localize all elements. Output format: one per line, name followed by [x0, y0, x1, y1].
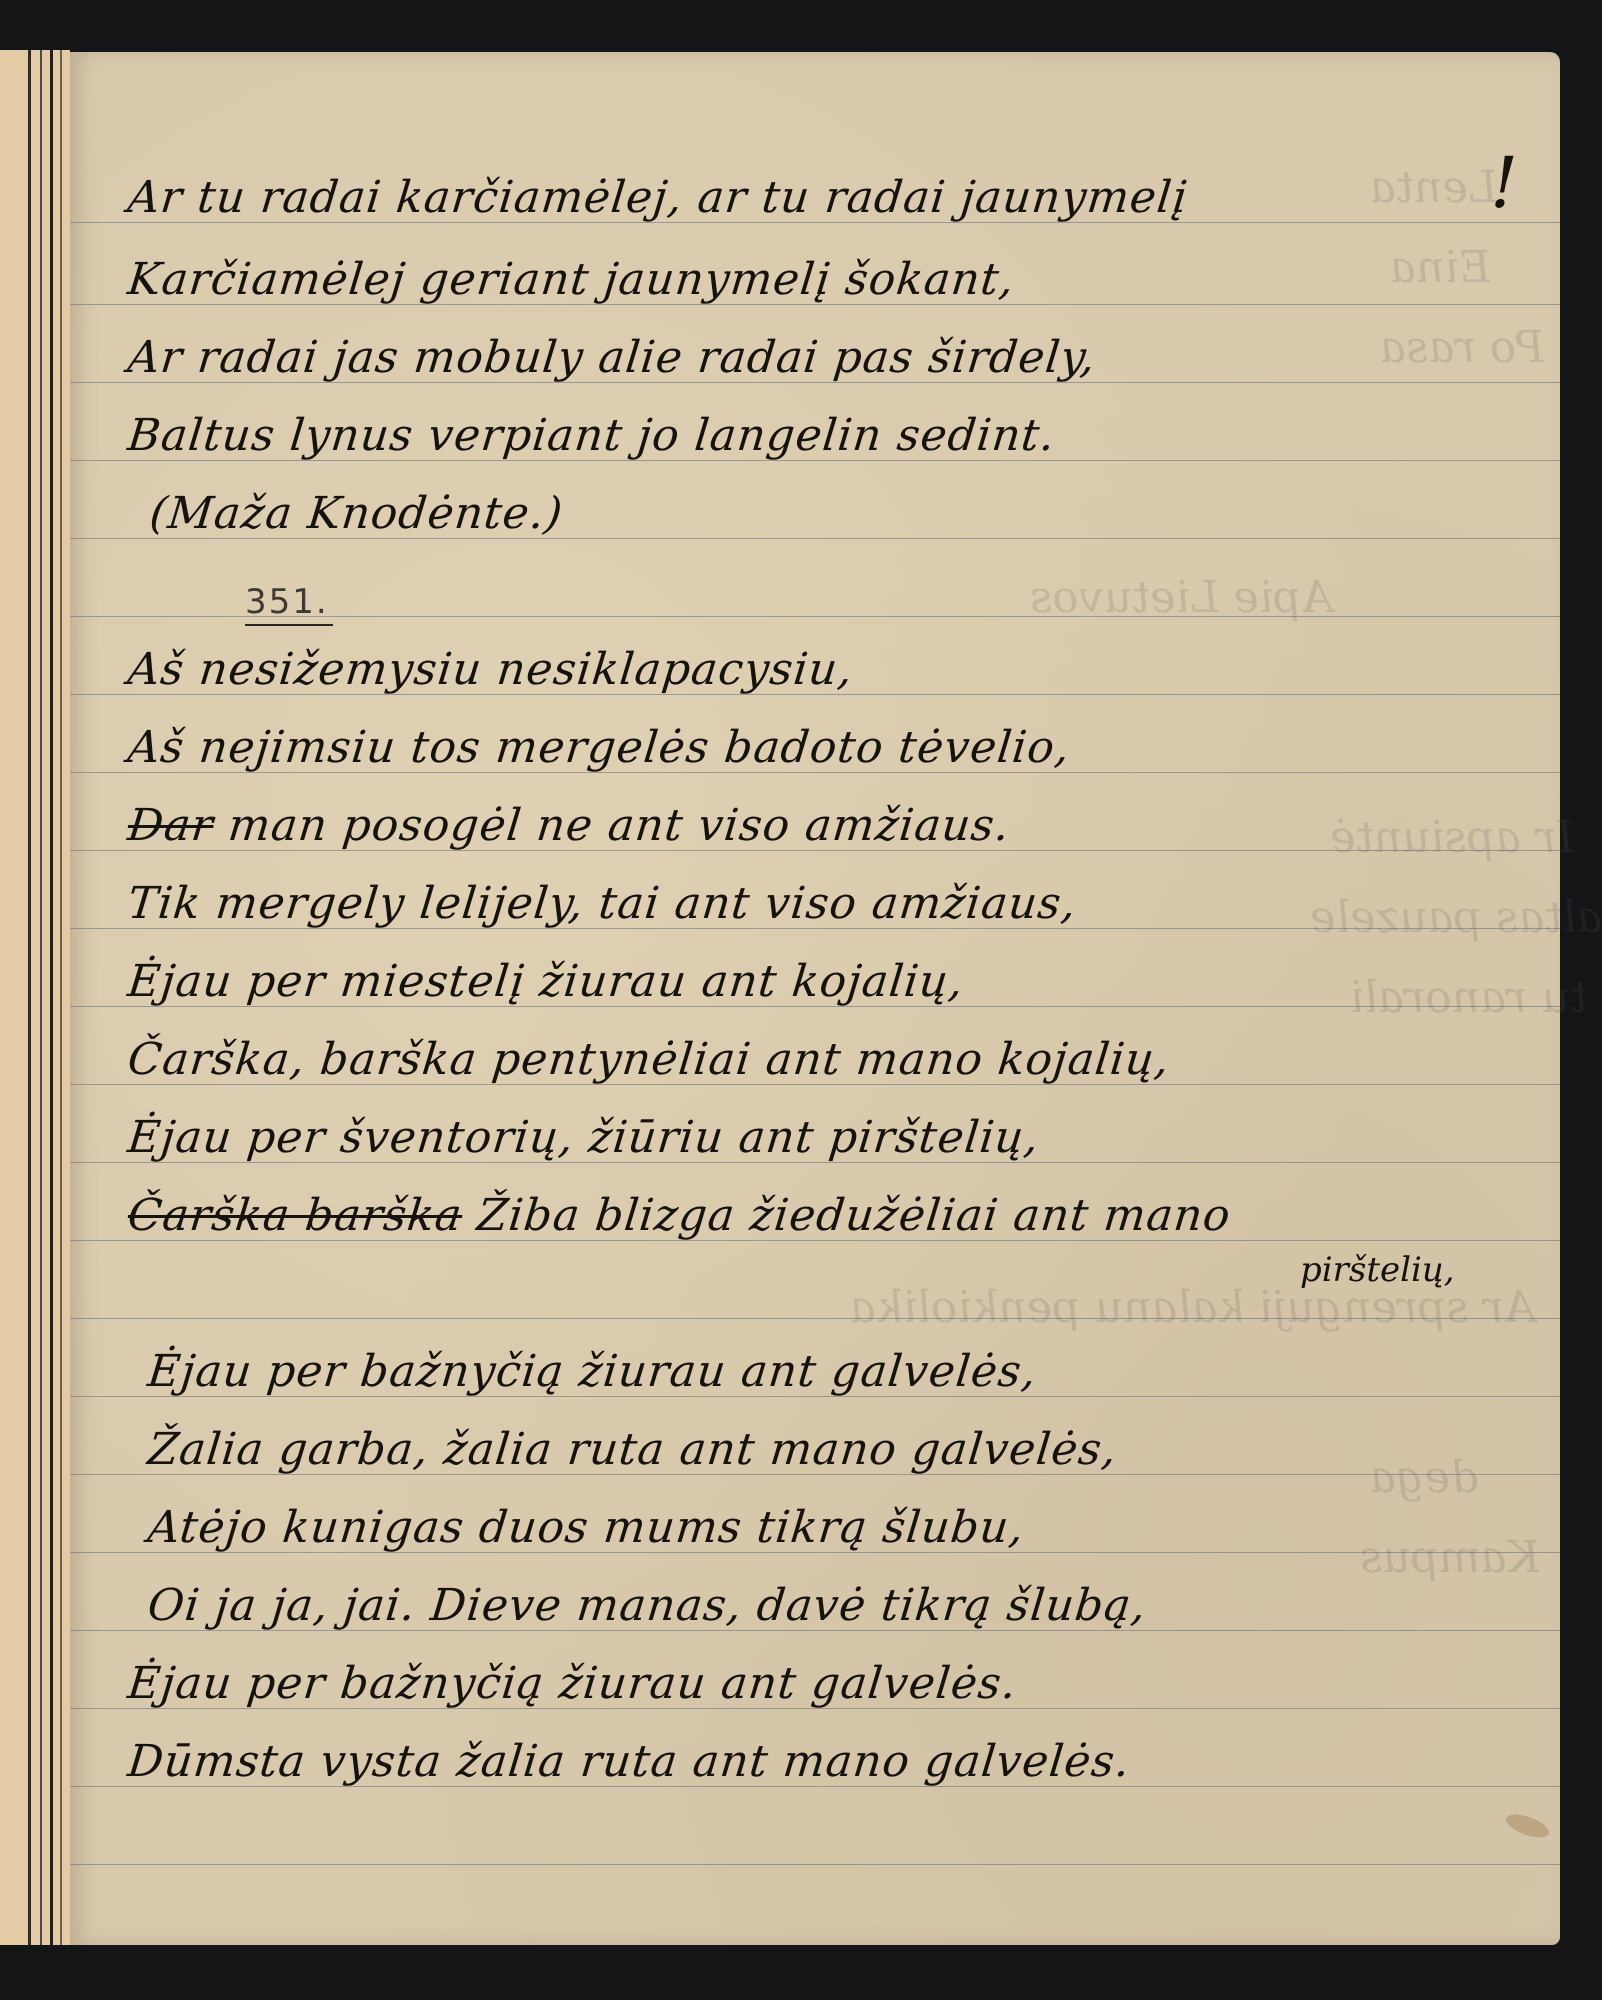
paper-stain — [1503, 1810, 1551, 1842]
page-edge — [40, 50, 42, 1945]
page-edge — [28, 50, 31, 1945]
ruled-line — [70, 1864, 1560, 1865]
poem-line-text: man posogėl ne ant viso amžiaus. — [226, 800, 1013, 851]
poem-line-text: Žiba blizga žiedužėliai ant mano — [475, 1190, 1234, 1241]
poem-line: Baltus lynus verpiant jo langelin sedint… — [125, 410, 1057, 461]
poem-line: Čarška, barška pentynėliai ant mano koja… — [125, 1034, 1172, 1085]
poem-line: Dūmsta vysta žalia ruta ant mano galvelė… — [125, 1736, 1132, 1787]
poem-line: Čarška barška Žiba blizga žiedužėliai an… — [125, 1190, 1233, 1241]
binding-page-edges — [0, 50, 70, 1945]
poem-line: Oi ja ja, jai. Dieve manas, davė tikrą š… — [145, 1580, 1149, 1631]
exclamation-mark: ! — [1490, 142, 1518, 224]
poem-line: Ėjau per bažnyčią žiurau ant galvelės. — [125, 1658, 1019, 1709]
notebook-page: Lenta Eina Po rasa Apie Lietuvos Ir apsi… — [70, 52, 1560, 1945]
bleed-through-text: Kampus — [1357, 1532, 1542, 1583]
poem-attribution: (Maža Knodėnte.) — [147, 488, 565, 539]
poem-line: Karčiamėlej geriant jaunymelį šokant, — [125, 254, 1017, 305]
poem-line: Dar man posogėl ne ant viso amžiaus. — [125, 800, 1012, 851]
struck-word: Dar — [125, 800, 216, 851]
bleed-through-text: Apie Lietuvos — [1027, 572, 1336, 623]
bleed-through-text: Lenta — [1367, 162, 1500, 213]
page-edge — [60, 50, 62, 1945]
poem-line: Ėjau per bažnyčią žiurau ant galvelės, — [145, 1346, 1039, 1397]
poem-line: Tik mergely lelijely, tai ant viso amžia… — [125, 878, 1079, 929]
poem-line: Aš nesižemysiu nesiklapacysiu, — [125, 644, 855, 695]
poem-line: Atėjo kunigas duos mums tikrą šlubu, — [145, 1502, 1027, 1553]
poem-line: Žalia garba, žalia ruta ant mano galvelė… — [145, 1424, 1119, 1475]
bleed-through-text: Baltas pauzele — [1307, 892, 1602, 943]
poem-line: Aš nejimsiu tos mergelės badoto tėvelio, — [125, 722, 1072, 773]
page-edge — [50, 50, 53, 1945]
bleed-through-text: tu ranorali — [1347, 972, 1590, 1023]
struck-words: Čarška barška — [125, 1190, 465, 1241]
poem-line: Ar tu radai karčiamėlej, ar tu radai jau… — [125, 172, 1190, 223]
poem-line: Ar radai jas mobuly alie radai pas širde… — [125, 332, 1098, 383]
bleed-through-text: Po rasa — [1377, 322, 1547, 373]
poem-line: Ėjau per šventorių, žiūriu ant pirštelių… — [125, 1112, 1042, 1163]
bleed-through-text: Ir apsiuntė — [1327, 812, 1576, 863]
bleed-through-text: dega — [1367, 1452, 1481, 1503]
bleed-through-text: Eina — [1387, 242, 1493, 293]
song-number: 351. — [245, 582, 333, 626]
line-continuation: pirštelių, — [1300, 1250, 1455, 1290]
poem-line: Ėjau per miestelį žiurau ant kojalių, — [125, 956, 966, 1007]
